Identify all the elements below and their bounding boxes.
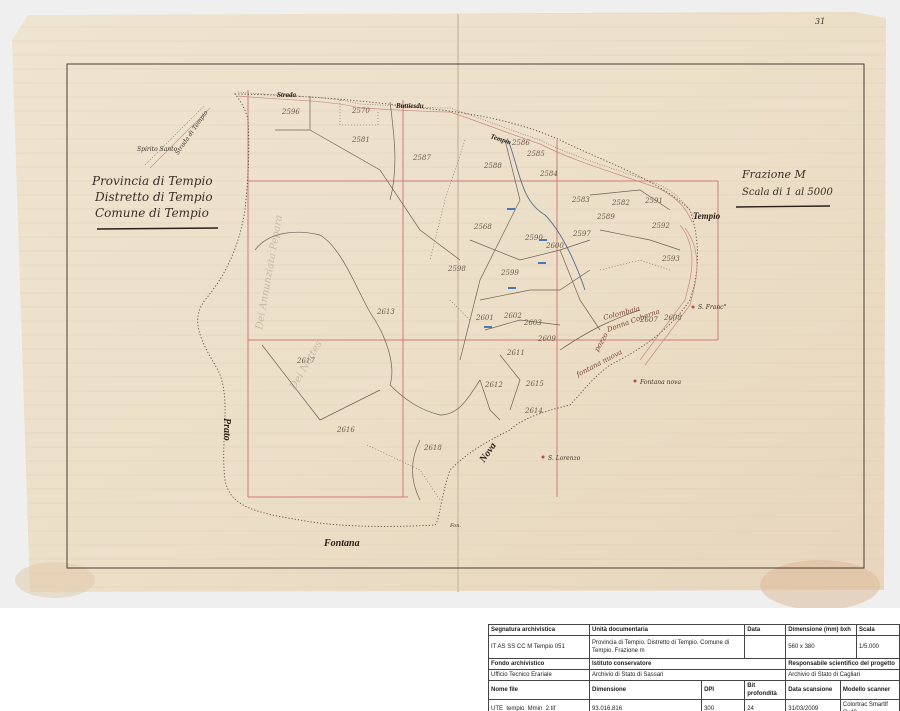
value-unita: Provincia di Tempio. Distretto di Tempio… — [590, 636, 745, 659]
svg-text:S. Lorenzo: S. Lorenzo — [548, 455, 581, 462]
svg-text:Tempio: Tempio — [693, 211, 721, 221]
svg-text:2602: 2602 — [503, 312, 522, 320]
svg-text:Buttiesdu: Buttiesdu — [395, 102, 424, 110]
svg-text:2581: 2581 — [351, 136, 370, 144]
svg-text:2587: 2587 — [412, 154, 431, 162]
svg-text:2596: 2596 — [281, 108, 300, 116]
svg-text:2582: 2582 — [611, 199, 630, 207]
svg-text:Fon.: Fon. — [449, 523, 461, 529]
value-bit: 24 — [745, 700, 786, 711]
header-dimensione: Dimensione — [590, 681, 702, 700]
header-responsabile: Responsabile scientifico del progetto — [786, 659, 900, 670]
svg-text:2586: 2586 — [511, 139, 530, 147]
value-data-scansione: 31/03/2009 — [786, 700, 841, 711]
header-bit: Bit profondità — [745, 681, 786, 700]
svg-text:2599: 2599 — [500, 269, 519, 277]
svg-text:2614: 2614 — [524, 407, 543, 415]
header-istituto: Istituto conservatore — [590, 659, 786, 670]
svg-text:Scala di 1 al 5000: Scala di 1 al 5000 — [742, 187, 833, 198]
svg-text:2609: 2609 — [537, 335, 556, 343]
svg-text:Provincia di Tempio: Provincia di Tempio — [91, 174, 213, 188]
svg-text:2616: 2616 — [336, 426, 355, 434]
value-scala: 1/5.000 — [857, 636, 900, 659]
svg-text:2593: 2593 — [661, 255, 680, 263]
header-dimensione-mm: Dimensione (mm) bxh — [786, 625, 857, 636]
header-data: Data — [745, 625, 786, 636]
svg-text:Distretto di Tempio: Distretto di Tempio — [94, 190, 213, 204]
value-modello: Colortrac Smartlf Cx40 — [840, 700, 899, 711]
value-dimensione-mm: 560 x 380 — [786, 636, 857, 659]
header-modello: Modello scanner — [840, 681, 899, 700]
svg-text:2592: 2592 — [651, 222, 670, 230]
value-nome-file: UTE_tempio_Mmin_2.tif — [489, 700, 590, 711]
svg-text:Fontana: Fontana — [323, 538, 360, 549]
svg-text:2585: 2585 — [526, 150, 545, 158]
svg-text:Fontana nova: Fontana nova — [639, 379, 682, 386]
svg-text:Spirito Santo: Spirito Santo — [137, 146, 178, 153]
svg-text:2613: 2613 — [376, 308, 395, 316]
header-unita: Unità documentaria — [590, 625, 745, 636]
svg-text:2591: 2591 — [644, 197, 663, 205]
svg-text:2601: 2601 — [475, 314, 494, 322]
svg-text:2608: 2608 — [663, 314, 682, 322]
svg-text:Prato: Prato — [221, 418, 232, 441]
metadata-table: Segnatura archivistica Unità documentari… — [488, 624, 900, 711]
svg-text:2597: 2597 — [572, 230, 591, 238]
svg-text:2603: 2603 — [523, 319, 542, 327]
value-dpi: 300 — [702, 700, 745, 711]
cadastral-map: 2596 2570 2581 2587 2588 2586 2585 2584 … — [0, 0, 900, 608]
svg-text:2618: 2618 — [423, 444, 442, 452]
svg-text:2611: 2611 — [506, 349, 525, 357]
svg-text:2588: 2588 — [483, 162, 502, 170]
header-data-scansione: Data scansione — [786, 681, 841, 700]
svg-text:2568: 2568 — [473, 223, 492, 231]
value-segnatura: IT AS SS CC M Tempio 051 — [489, 636, 590, 659]
page-mark: 31 — [815, 17, 825, 26]
svg-text:2615: 2615 — [525, 380, 544, 388]
header-scala: Scala — [857, 625, 900, 636]
value-fondo: Ufficio Tecnico Erariale — [489, 670, 590, 681]
svg-text:Strada: Strada — [277, 91, 297, 99]
header-nome-file: Nome file — [489, 681, 590, 700]
header-segnatura: Segnatura archivistica — [489, 625, 590, 636]
svg-text:2612: 2612 — [484, 381, 503, 389]
svg-text:2598: 2598 — [447, 265, 466, 273]
svg-text:2589: 2589 — [596, 213, 615, 221]
value-istituto: Archivio di Stato di Sassari — [590, 670, 786, 681]
svg-text:S. Franc°: S. Franc° — [698, 304, 727, 311]
svg-text:Comune di Tempio: Comune di Tempio — [95, 206, 209, 220]
value-responsabile: Archivio di Stato di Cagliari — [786, 670, 900, 681]
svg-text:2584: 2584 — [539, 170, 558, 178]
svg-text:2600: 2600 — [545, 242, 564, 250]
header-fondo: Fondo archivistico — [489, 659, 590, 670]
header-dpi: DPI — [702, 681, 745, 700]
value-dimensione: 93.016.816 — [590, 700, 702, 711]
value-data — [745, 636, 786, 659]
svg-text:2570: 2570 — [351, 107, 370, 115]
svg-text:2583: 2583 — [571, 196, 590, 204]
svg-text:Frazione M: Frazione M — [741, 168, 806, 181]
